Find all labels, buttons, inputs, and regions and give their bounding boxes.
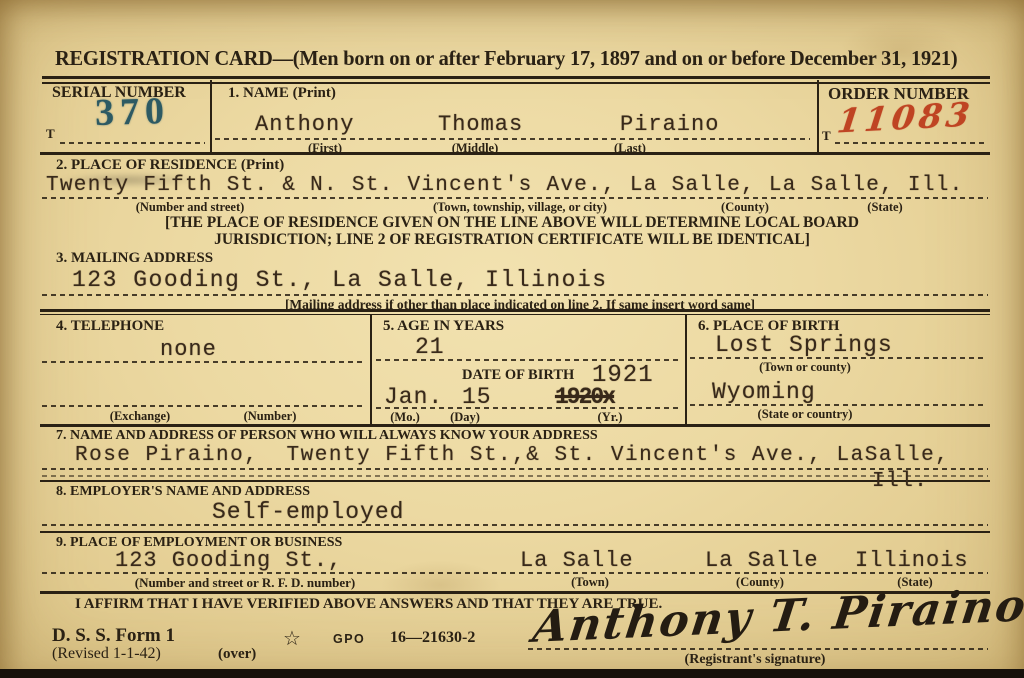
serial-prefix: T xyxy=(46,126,55,142)
star-icon: ☆ xyxy=(283,626,301,651)
section-rule xyxy=(40,424,990,427)
contact-value: Rose Piraino, Twenty Fifth St.,& St. Vin… xyxy=(75,444,949,467)
dotted-line xyxy=(376,359,678,361)
jurisdiction-note-line2: JURISDICTION; LINE 2 OF REGISTRATION CER… xyxy=(62,231,962,249)
dotted-line xyxy=(42,572,988,574)
employer-value: Self-employed xyxy=(212,499,404,525)
name-middle-value: Thomas xyxy=(438,112,523,137)
title-rule xyxy=(42,76,990,84)
employment-street-sublabel: (Number and street or R. F. D. number) xyxy=(95,575,395,591)
section-rule xyxy=(40,531,990,533)
date-of-birth-label: DATE OF BIRTH xyxy=(462,367,574,384)
registration-card: REGISTRATION CARD—(Men born on or after … xyxy=(0,0,1024,678)
dotted-line xyxy=(835,142,987,144)
section-rule xyxy=(40,152,990,155)
divider xyxy=(817,80,819,153)
form-revised: (Revised 1-1-42) xyxy=(52,645,161,663)
dotted-line xyxy=(376,407,678,409)
telephone-label: 4. TELEPHONE xyxy=(56,318,164,335)
order-prefix: T xyxy=(822,128,831,144)
mailing-label: 3. MAILING ADDRESS xyxy=(56,250,213,267)
year-sublabel: (Yr.) xyxy=(575,410,645,425)
month-sublabel: (Mo.) xyxy=(375,410,435,425)
residence-value: Twenty Fifth St. & N. St. Vincent's Ave.… xyxy=(46,174,964,197)
residence-county-sublabel: (County) xyxy=(700,200,790,215)
divider xyxy=(685,315,687,424)
residence-town-sublabel: (Town, township, village, or city) xyxy=(395,200,645,215)
mailing-value: 123 Gooding St., La Salle, Illinois xyxy=(72,267,608,293)
residence-state-sublabel: (State) xyxy=(845,200,925,215)
divider xyxy=(210,80,212,153)
section-rule xyxy=(40,480,990,482)
signature-sublabel: (Registrant's signature) xyxy=(590,652,920,668)
dotted-line xyxy=(690,357,986,359)
dotted-line xyxy=(42,361,364,363)
exchange-sublabel: (Exchange) xyxy=(90,409,190,424)
serial-number-value: 370 xyxy=(94,89,170,135)
employment-town-sublabel: (Town) xyxy=(550,575,630,590)
scan-edge xyxy=(0,669,1024,678)
birthplace-state-sublabel: (State or country) xyxy=(715,407,895,422)
dotted-line xyxy=(42,294,988,296)
day-sublabel: (Day) xyxy=(430,410,500,425)
order-number-value: 11083 xyxy=(835,94,976,140)
name-first-value: Anthony xyxy=(255,112,354,137)
section-rule xyxy=(40,309,990,315)
employment-county-value: La Salle xyxy=(705,548,819,573)
birthplace-town-value: Lost Springs xyxy=(715,332,893,358)
birthplace-town-sublabel: (Town or county) xyxy=(720,360,890,375)
dotted-line xyxy=(42,524,988,526)
dotted-line xyxy=(42,475,988,477)
employment-street-value: 123 Gooding St., xyxy=(115,548,342,573)
age-value: 21 xyxy=(415,334,445,360)
dotted-line xyxy=(42,468,988,470)
employment-state-value: Illinois xyxy=(855,548,969,573)
number-sublabel: (Number) xyxy=(220,409,320,424)
employer-label: 8. EMPLOYER'S NAME AND ADDRESS xyxy=(56,484,310,500)
gpo-number: 16—21630-2 xyxy=(390,629,475,647)
employment-county-sublabel: (County) xyxy=(720,575,800,590)
birthplace-state-value: Wyoming xyxy=(712,379,816,405)
employment-town-value: La Salle xyxy=(520,548,634,573)
dotted-line xyxy=(60,142,205,144)
contact-label: 7. NAME AND ADDRESS OF PERSON WHO WILL A… xyxy=(56,428,598,444)
telephone-value: none xyxy=(160,337,217,362)
dotted-line xyxy=(42,197,988,199)
gpo-label: GPO xyxy=(333,632,365,646)
dotted-line xyxy=(42,405,364,407)
name-last-value: Piraino xyxy=(620,112,719,137)
over-note: (over) xyxy=(218,646,256,663)
form-number: D. S. S. Form 1 xyxy=(52,625,175,647)
residence-street-sublabel: (Number and street) xyxy=(110,200,270,215)
dotted-line xyxy=(690,404,986,406)
jurisdiction-note-line1: [THE PLACE OF RESIDENCE GIVEN ON THE LIN… xyxy=(62,214,962,232)
contact-overflow-value: Ill. xyxy=(872,470,928,493)
divider xyxy=(370,315,372,424)
name-label: 1. NAME (Print) xyxy=(228,85,336,102)
dotted-line xyxy=(215,138,810,140)
card-title: REGISTRATION CARD—(Men born on or after … xyxy=(55,46,958,71)
age-label: 5. AGE IN YEARS xyxy=(383,318,504,335)
